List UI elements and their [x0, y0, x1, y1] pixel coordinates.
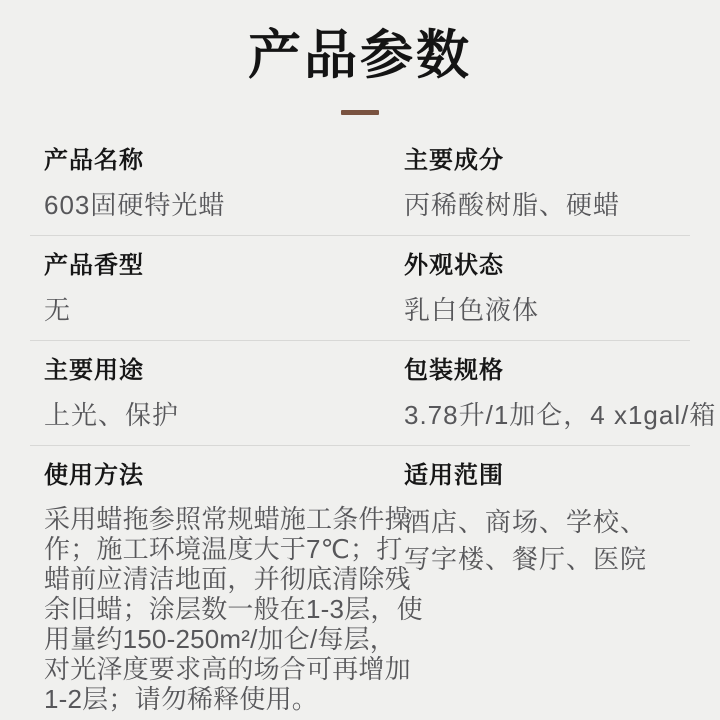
spec-table: 产品名称 603固硬特光蜡 主要成分 丙稀酸树脂、硬蜡 产品香型 无 外观状态 … — [30, 131, 690, 714]
spec-usage-method-value: 采用蜡拖参照常规蜡施工条件操 作；施工环境温度大于7℃；打 蜡前应清洁地面，并彻… — [44, 504, 390, 714]
spec-fragrance-type-value: 无 — [44, 294, 390, 326]
spec-main-ingredients: 主要成分 丙稀酸树脂、硬蜡 — [390, 146, 690, 221]
spec-fragrance-type-label: 产品香型 — [44, 251, 390, 281]
title-accent-divider — [341, 110, 379, 115]
usage-method-line: 1-2层；请勿稀释使用。 — [44, 684, 390, 714]
spec-product-name: 产品名称 603固硬特光蜡 — [30, 146, 390, 221]
spec-product-name-label: 产品名称 — [44, 146, 390, 176]
spec-packaging-value: 3.78升/1加仑，4 x1gal/箱 — [404, 399, 690, 431]
spec-appearance-label: 外观状态 — [404, 251, 690, 281]
spec-appearance-value: 乳白色液体 — [404, 294, 690, 326]
spec-applicable-scope-label: 适用范围 — [404, 461, 690, 491]
usage-method-line: 用量约150-250m²/加仑/每层， — [44, 624, 390, 654]
product-parameters-panel: 产品参数 产品名称 603固硬特光蜡 主要成分 丙稀酸树脂、硬蜡 产品香型 无 … — [0, 0, 720, 720]
usage-method-line: 余旧蜡；涂层数一般在1-3层，使 — [44, 594, 390, 624]
applicable-scope-line: 写字楼、餐厅、医院 — [404, 541, 690, 578]
spec-row-1: 产品名称 603固硬特光蜡 主要成分 丙稀酸树脂、硬蜡 — [30, 131, 690, 236]
spec-row-2: 产品香型 无 外观状态 乳白色液体 — [30, 236, 690, 341]
usage-method-line: 作；施工环境温度大于7℃；打 — [44, 534, 390, 564]
spec-main-use: 主要用途 上光、保护 — [30, 356, 390, 431]
spec-applicable-scope-value: 酒店、商场、学校、 写字楼、餐厅、医院 — [404, 504, 690, 578]
spec-row-3: 主要用途 上光、保护 包装规格 3.78升/1加仑，4 x1gal/箱 — [30, 341, 690, 446]
usage-method-line: 蜡前应清洁地面，并彻底清除残 — [44, 564, 390, 594]
page-title: 产品参数 — [0, 26, 720, 86]
spec-product-name-value: 603固硬特光蜡 — [44, 189, 390, 221]
usage-method-line: 采用蜡拖参照常规蜡施工条件操 — [44, 504, 390, 534]
spec-appearance: 外观状态 乳白色液体 — [390, 251, 690, 326]
spec-usage-method: 使用方法 采用蜡拖参照常规蜡施工条件操 作；施工环境温度大于7℃；打 蜡前应清洁… — [30, 461, 390, 714]
spec-main-ingredients-value: 丙稀酸树脂、硬蜡 — [404, 189, 690, 221]
spec-row-4: 使用方法 采用蜡拖参照常规蜡施工条件操 作；施工环境温度大于7℃；打 蜡前应清洁… — [30, 446, 690, 714]
spec-packaging-label: 包装规格 — [404, 356, 690, 386]
spec-packaging: 包装规格 3.78升/1加仑，4 x1gal/箱 — [390, 356, 690, 431]
spec-main-use-value: 上光、保护 — [44, 399, 390, 431]
spec-fragrance-type: 产品香型 无 — [30, 251, 390, 326]
spec-main-use-label: 主要用途 — [44, 356, 390, 386]
spec-main-ingredients-label: 主要成分 — [404, 146, 690, 176]
spec-usage-method-label: 使用方法 — [44, 461, 390, 491]
usage-method-line: 对光泽度要求高的场合可再增加 — [44, 654, 390, 684]
applicable-scope-line: 酒店、商场、学校、 — [404, 504, 690, 541]
spec-applicable-scope: 适用范围 酒店、商场、学校、 写字楼、餐厅、医院 — [390, 461, 690, 714]
